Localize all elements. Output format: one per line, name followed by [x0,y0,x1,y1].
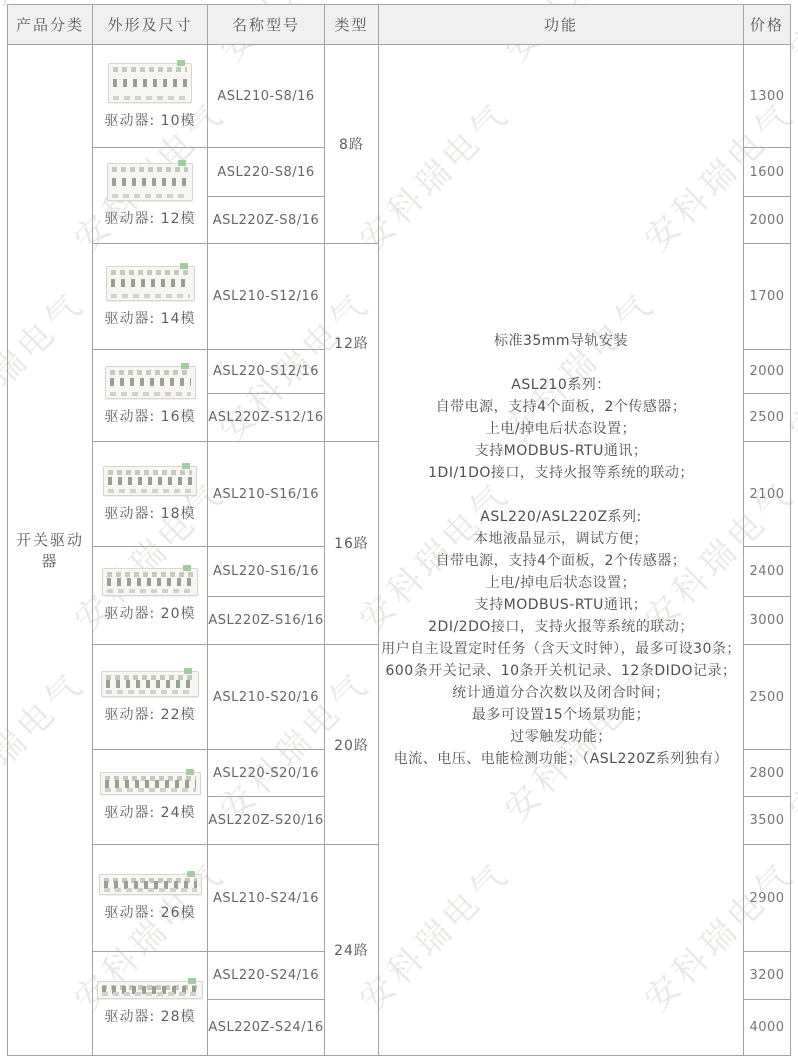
device-image-wrap: 驱动器: 14模 [93,266,207,328]
function-line: 统计通道分合次数以及闭合时间； [379,682,743,704]
function-line: 600条开关记录、10条开关机记录、12条DIDO记录； [379,660,743,682]
function-line: 电流、电压、电能检测功能；（ASL220Z系列独有） [379,748,743,770]
device-image [105,366,196,399]
device-top-terminals [108,470,192,475]
model-cell: ASL220Z-S20/16 [208,797,325,845]
type-cell: 8路 [325,45,379,244]
function-line [379,484,743,506]
price-cell: 2800 [744,750,791,797]
table-row: 开关驱动器驱动器: 10模ASL210-S8/168路标准35mm导轨安装ASL… [8,45,791,148]
device-green-tab [184,668,192,674]
device-green-tab [188,978,196,984]
function-cell: 标准35mm导轨安装ASL210系列：自带电源，支持4个面板，2个传感器；上电/… [379,45,744,1056]
device-bottom-terminals [105,788,196,792]
model-cell: ASL220-S8/16 [208,148,325,197]
device-mid-terminals [108,477,192,485]
device-image-cell: 驱动器: 28模 [93,952,208,1056]
device-image-wrap: 驱动器: 22模 [93,671,207,724]
device-image [103,466,197,496]
device-mid-terminals [111,279,190,287]
device-mid-terminals [112,178,188,186]
function-line: 本地液晶显示，调试方便； [379,528,743,550]
col-header-model: 名称型号 [208,5,325,45]
model-cell: ASL220Z-S8/16 [208,197,325,244]
price-cell: 2100 [744,442,791,547]
device-image [97,981,203,999]
device-green-tab [182,463,190,469]
device-image-cell: 驱动器: 12模 [93,148,208,244]
price-cell: 4000 [744,1000,791,1056]
col-header-price: 价格 [744,5,791,45]
device-bottom-terminals [111,294,190,298]
model-cell: ASL210-S12/16 [208,244,325,350]
function-line: ASL210系列： [379,374,743,396]
device-image-cell: 驱动器: 24模 [93,750,208,845]
device-mid-terminals [106,680,194,688]
device-bottom-terminals [110,392,191,396]
device-image-cell: 驱动器: 22模 [93,645,208,750]
price-cell: 2000 [744,350,791,394]
table-header: 产品分类 外形及尺寸 名称型号 类型 功能 价格 [8,5,791,45]
device-image [101,671,199,697]
function-line: 2DI/2DO接口，支持火报等系统的联动； [379,616,743,638]
device-caption: 驱动器: 10模 [105,110,196,130]
device-image-cell: 驱动器: 26模 [93,845,208,952]
device-image [108,63,192,103]
device-green-tab [183,565,191,571]
function-line: 标准35mm导轨安装 [379,330,743,352]
device-caption: 驱动器: 24模 [105,802,196,822]
price-cell: 1600 [744,148,791,197]
model-cell: ASL220Z-S12/16 [208,394,325,442]
model-cell: ASL220-S12/16 [208,350,325,394]
device-caption: 驱动器: 12模 [105,208,196,228]
device-caption: 驱动器: 28模 [105,1006,196,1026]
model-cell: ASL210-S16/16 [208,442,325,547]
device-image [102,568,198,596]
device-image-wrap: 驱动器: 28模 [93,981,207,1026]
device-top-terminals [110,370,191,375]
device-bottom-terminals [108,489,192,493]
device-green-tab [187,871,195,877]
model-cell: ASL220-S16/16 [208,547,325,597]
device-image-cell: 驱动器: 18模 [93,442,208,547]
type-cell: 12路 [325,244,379,442]
device-mid-terminals [107,578,193,586]
device-bottom-terminals [107,589,193,593]
price-cell: 2500 [744,394,791,442]
device-image-cell: 驱动器: 16模 [93,350,208,442]
device-bottom-terminals [104,888,197,892]
function-line: 支持MODBUS-RTU通讯； [379,594,743,616]
model-cell: ASL220-S24/16 [208,952,325,1000]
function-line: 上电/掉电后状态设置； [379,572,743,594]
device-image-wrap: 驱动器: 20模 [93,568,207,623]
device-image [107,163,193,201]
device-image-wrap: 驱动器: 26模 [93,874,207,922]
device-caption: 驱动器: 22模 [105,704,196,724]
price-cell: 2900 [744,845,791,952]
category-label: 开关驱动器 [16,531,84,570]
price-cell: 1300 [744,45,791,148]
device-top-terminals [111,270,190,275]
device-caption: 驱动器: 20模 [105,603,196,623]
function-line: 自带电源，支持4个面板，2个传感器； [379,396,743,418]
table-body: 开关驱动器驱动器: 10模ASL210-S8/168路标准35mm导轨安装ASL… [8,45,791,1056]
type-cell: 16路 [325,442,379,645]
device-image-cell: 驱动器: 10模 [93,45,208,148]
model-cell: ASL220Z-S16/16 [208,597,325,645]
device-image [100,772,201,795]
device-caption: 驱动器: 26模 [105,902,196,922]
function-line: ASL220/ASL220Z系列: [379,506,743,528]
document-page: 安科瑞电气安科瑞电气安科瑞电气安科瑞电气安科瑞电气安科瑞电气安科瑞电气安科瑞电气… [0,0,798,1062]
device-green-tab [181,363,189,369]
function-line: 用户自主设置定时任务（含天文时钟），最多可设30条； [379,638,743,660]
device-green-tab [180,263,188,269]
type-cell: 24路 [325,845,379,1056]
model-cell: ASL210-S8/16 [208,45,325,148]
device-top-terminals [112,167,188,172]
function-line [379,352,743,374]
device-image-wrap: 驱动器: 12模 [93,163,207,228]
function-line: 1DI/1DO接口，支持火报等系统的联动； [379,462,743,484]
device-image-cell: 驱动器: 14模 [93,244,208,350]
device-mid-terminals [113,79,187,87]
model-cell: ASL220Z-S24/16 [208,1000,325,1056]
col-header-shape: 外形及尺寸 [93,5,208,45]
device-bottom-terminals [102,992,198,996]
category-cell: 开关驱动器 [8,45,93,1056]
function-line: 上电/掉电后状态设置； [379,418,743,440]
device-image-wrap: 驱动器: 16模 [93,366,207,426]
function-line: 最多可设置15个场景功能； [379,704,743,726]
device-green-tab [186,769,194,775]
col-header-function: 功能 [379,5,744,45]
price-cell: 3500 [744,797,791,845]
device-image-wrap: 驱动器: 18模 [93,466,207,523]
device-green-tab [177,60,185,66]
col-header-category: 产品分类 [8,5,93,45]
col-header-type: 类型 [325,5,379,45]
type-cell: 20路 [325,645,379,845]
device-bottom-terminals [106,690,194,694]
price-cell: 2400 [744,547,791,597]
device-top-terminals [107,572,193,577]
device-bottom-terminals [113,96,187,100]
device-image [99,874,202,895]
device-mid-terminals [110,378,191,386]
device-caption: 驱动器: 14模 [105,308,196,328]
device-mid-terminals [105,780,196,788]
product-spec-table: 产品分类 外形及尺寸 名称型号 类型 功能 价格 开关驱动器驱动器: 10模AS… [7,4,791,1056]
device-bottom-terminals [112,194,188,198]
device-caption: 驱动器: 18模 [105,503,196,523]
device-image [106,266,195,301]
device-image-wrap: 驱动器: 10模 [93,63,207,130]
model-cell: ASL210-S24/16 [208,845,325,952]
function-line: 自带电源，支持4个面板，2个传感器； [379,550,743,572]
price-cell: 3200 [744,952,791,1000]
model-cell: ASL210-S20/16 [208,645,325,750]
device-image-wrap: 驱动器: 24模 [93,772,207,822]
price-cell: 2000 [744,197,791,244]
model-cell: ASL220-S20/16 [208,750,325,797]
device-green-tab [178,160,186,166]
device-image-cell: 驱动器: 20模 [93,547,208,645]
function-line: 过零触发功能； [379,726,743,748]
device-caption: 驱动器: 16模 [105,406,196,426]
price-cell: 3000 [744,597,791,645]
device-top-terminals [113,67,187,72]
function-line: 支持MODBUS-RTU通讯； [379,440,743,462]
price-cell: 1700 [744,244,791,350]
price-cell: 2500 [744,645,791,750]
